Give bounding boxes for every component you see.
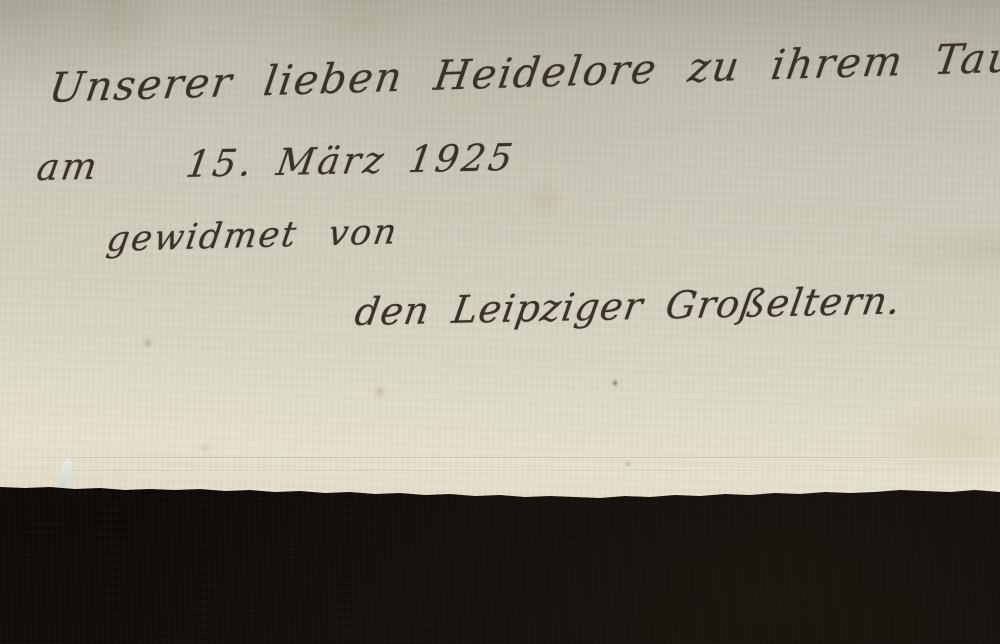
paper-sheet: Unserer lieben Heidelore zu ihrem Taufta… — [0, 0, 1000, 500]
inscription-line-3: gewidmet von — [104, 212, 401, 260]
paper-crease — [0, 470, 1000, 471]
inscription-line-2-word-am: am — [34, 145, 102, 189]
photograph-of-inscription: Unserer lieben Heidelore zu ihrem Taufta… — [0, 0, 1000, 644]
paper-crease — [0, 457, 1000, 458]
inscription-line-2-date: 15. März 1925 — [183, 136, 518, 186]
